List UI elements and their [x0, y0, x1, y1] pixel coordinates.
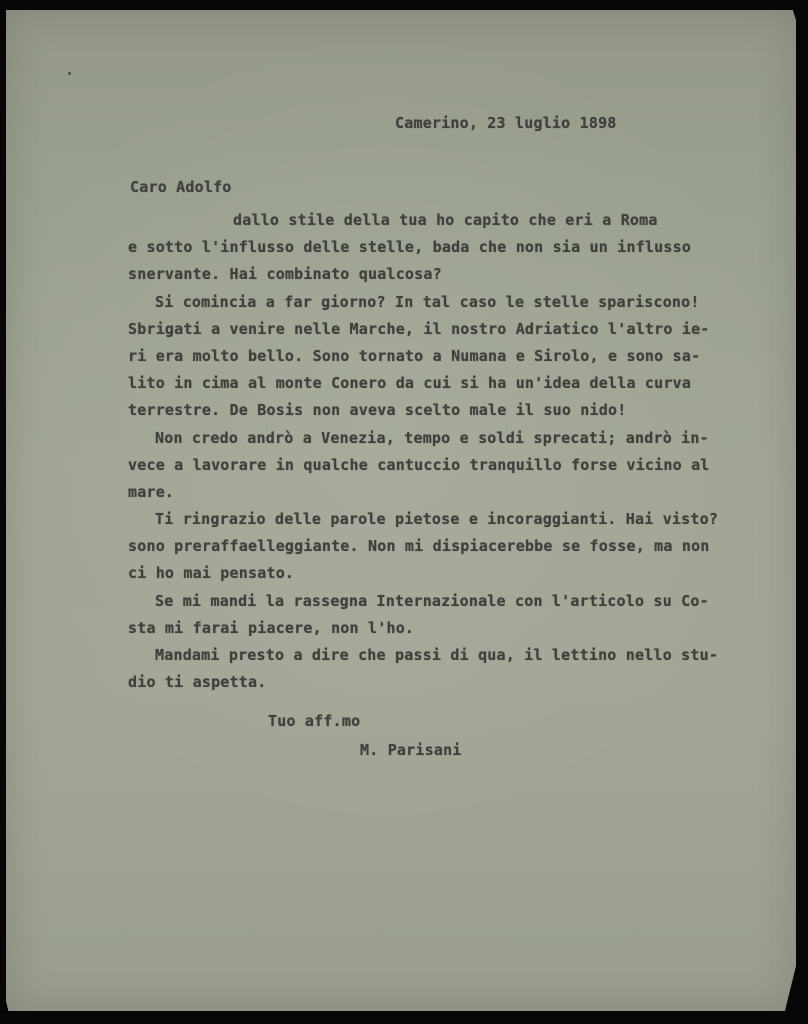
letter-body-line: Se mi mandi la rassegna Internazionale c… [128, 588, 718, 615]
letter-body-line: mare. [128, 479, 718, 506]
letter-salutation: Caro Adolfo [130, 178, 232, 196]
letter-body-line: e sotto l'influsso delle stelle, bada ch… [128, 234, 718, 261]
letter-body-line: Non credo andrò a Venezia, tempo e soldi… [128, 425, 718, 452]
letter-body-line: Mandami presto a dire che passi di qua, … [128, 642, 718, 669]
letter-body-line: snervante. Hai combinato qualcosa? [128, 261, 718, 288]
letter-body-line: ci ho mai pensato. [128, 560, 718, 587]
letter-body-line: dio ti aspetta. [128, 669, 718, 696]
letter-body-line: ri era molto bello. Sono tornato a Numan… [128, 343, 718, 370]
letter-body-line: vece a lavorare in qualche cantuccio tra… [128, 452, 718, 479]
scan-frame: Camerino, 23 luglio 1898 Caro Adolfo dal… [0, 0, 808, 1024]
letter-body-line: Sbrigati a venire nelle Marche, il nostr… [128, 316, 718, 343]
letter-paper: Camerino, 23 luglio 1898 Caro Adolfo dal… [6, 10, 796, 1011]
letter-body-line: terrestre. De Bosis non aveva scelto mal… [128, 397, 718, 424]
letter-body-line: Si comincia a far giorno? In tal caso le… [128, 289, 718, 316]
letter-signature: M. Parisani [360, 741, 462, 759]
letter-body-line: dallo stile della tua ho capito che eri … [128, 207, 718, 234]
letter-body-line: sono preraffaelleggiante. Non mi dispiac… [128, 533, 718, 560]
letter-dateline: Camerino, 23 luglio 1898 [395, 114, 617, 132]
letter-closing: Tuo aff.mo [268, 712, 360, 730]
letter-body-line: sta mi farai piacere, non l'ho. [128, 615, 718, 642]
letter-body: dallo stile della tua ho capito che eri … [128, 207, 718, 696]
letter-body-line: Ti ringrazio delle parole pietose e inco… [128, 506, 718, 533]
paper-speck [68, 72, 71, 75]
letter-body-line: lito in cima al monte Conero da cui si h… [128, 370, 718, 397]
